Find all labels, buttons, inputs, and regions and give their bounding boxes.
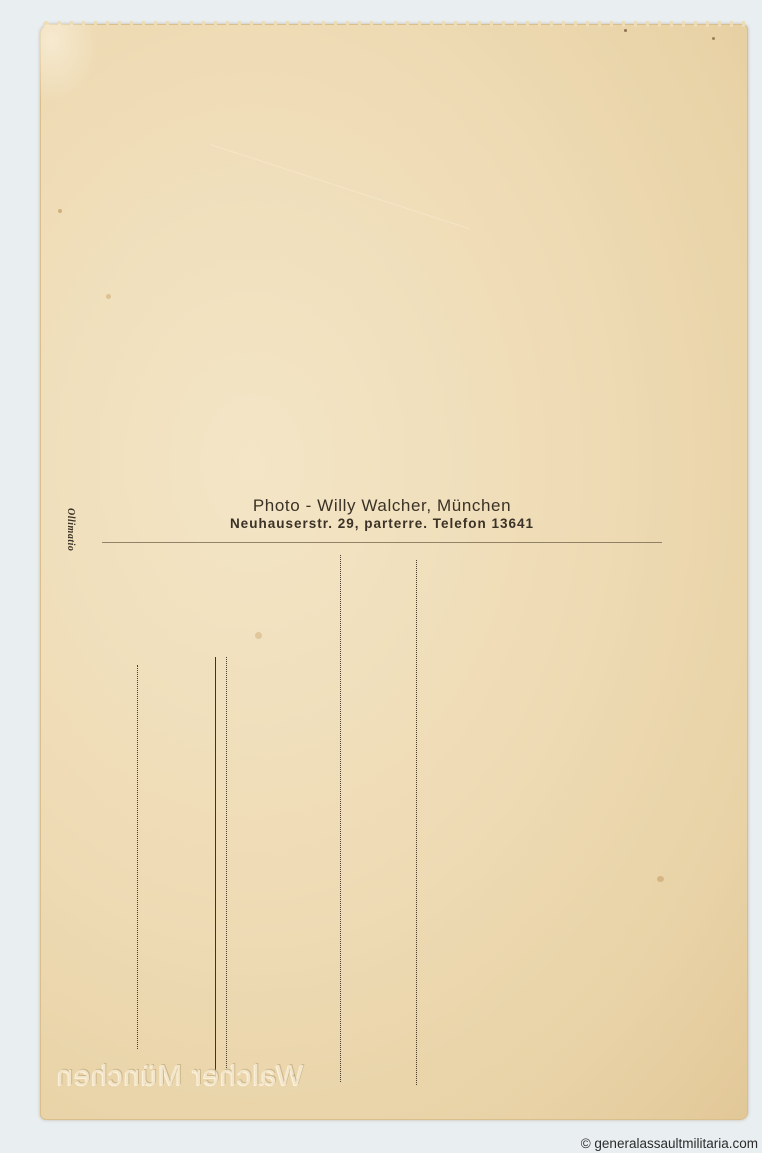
foxing-spot [624,29,627,32]
foxing-spot [106,294,111,299]
foxing-spot [58,209,62,213]
embossed-studio-stamp: Walcher München [56,1060,304,1093]
paper-brand-mark: Ollimatio [65,508,76,551]
address-dotted-line [340,555,341,1082]
paper-crease [210,24,470,229]
address-dotted-line [416,560,417,1085]
address-dotted-line [226,657,227,1070]
foxing-spot [657,876,664,882]
studio-address: Neuhauserstr. 29, parterre. Telefon 1364… [28,516,736,531]
deckled-edge [40,21,748,27]
header-divider [102,542,662,543]
studio-name: Photo - Willy Walcher, München [28,496,736,516]
foxing-spot [255,632,262,639]
postcard-back: Photo - Willy Walcher, München Neuhauser… [40,24,748,1120]
foxing-spot [712,37,715,40]
copyright-watermark: © generalassaultmilitaria.com [581,1136,758,1151]
center-divider-line [215,657,216,1077]
message-area-dotted-line [137,665,138,1049]
corner-wear [40,24,100,104]
